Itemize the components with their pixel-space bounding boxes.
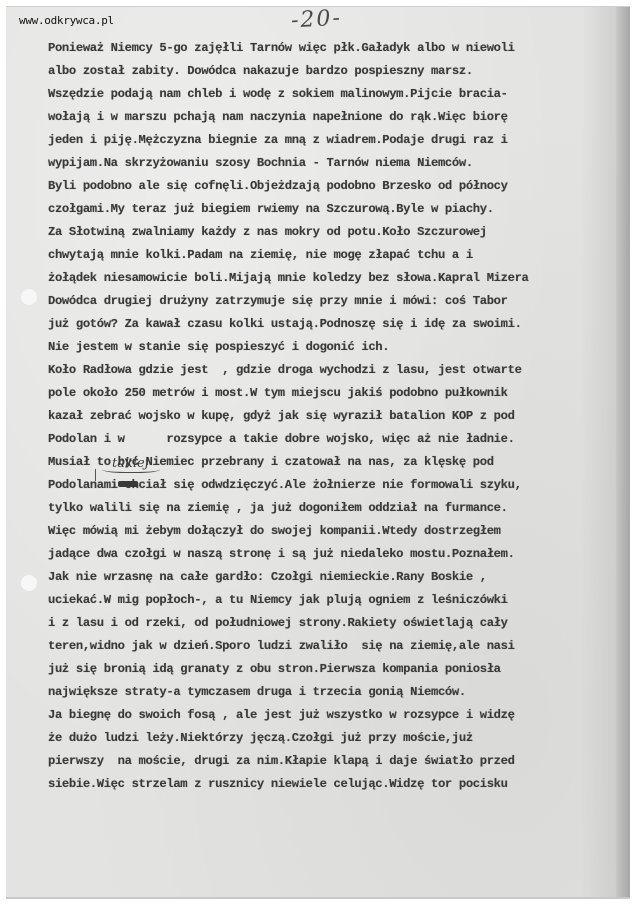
text-line: jadące dwa czołgi w naszą stronę i są ju… [48,543,608,566]
text-line: Byli podobno ale się cofnęli.Objeżdzają … [48,175,608,198]
text-line: już gotów? Za kawał czasu kolki ustają.P… [48,313,608,336]
site-watermark: www.odkrywca.pl [19,14,114,27]
insert-caret-line [102,464,160,473]
text-line: żołądek niesamowicie boli.Mijają mnie ko… [48,267,608,290]
text-line: teren,widno jak w dzień.Sporo ludzi zwal… [48,635,608,658]
text-line: i z lasu i od rzeki, od południowej stro… [48,612,608,635]
text-line: że dużo ludzi leży.Niektórzy jęczą.Czołg… [48,727,608,750]
page-number: -20- [290,6,342,34]
struck-out-word [118,481,138,487]
text-line: już się bronią idą granaty z obu stron.P… [48,658,608,681]
text-line: pole około 250 metrów i most.W tym miejs… [48,382,608,405]
text-line: chwytają mnie kolki.Padam na ziemię, nie… [48,244,608,267]
text-line: Więc mówią mi żebym dołączył do swojej k… [48,520,608,543]
text-line: Jak nie wrzasnę na całe gardło: Czołgi n… [48,566,608,589]
text-line: Wszędzie podają nam chleb i wodę z sokie… [48,83,608,106]
punch-hole-bottom [21,575,37,591]
text-line: jeden i piję.Mężczyzna biegnie za mną z … [48,129,608,152]
text-line: największe straty-a tymczasem druga i tr… [48,681,608,704]
text-line: kazał zebrać wojsko w kupę, gdyż jak się… [48,405,608,428]
text-line: siebie.Więc strzelam z rusznicy niewiele… [48,773,608,796]
text-line: uciekać.W mig popłoch-, a tu Niemcy jak … [48,589,608,612]
insert-caret [95,469,96,481]
text-line: Nie jestem w stanie się pospieszyć i dog… [48,336,608,359]
text-line: albo został zabity. Dowódca nakazuje bar… [48,60,608,83]
text-line: Podolan i w rozsypce a takie dobre wojsk… [48,428,608,451]
page-shadow-edge [616,7,630,897]
scanned-page: -20- Ponieważ Niemcy 5-go zajęłli Tarnów… [6,6,630,899]
text-line: wołają i w marszu pchają nam naczynia na… [48,106,608,129]
text-line: Dowódca drugiej drużyny zatrzymuje się p… [48,290,608,313]
text-line: Ja biegnę do swoich fosą , ale jest już … [48,704,608,727]
text-line: Za Słotwiną zwalniamy każdy z nas mokry … [48,221,608,244]
text-line: tylko walili się na ziemię , ja już dogo… [48,497,608,520]
text-line: Ponieważ Niemcy 5-go zajęłli Tarnów więc… [48,37,608,60]
punch-hole-top [21,289,37,305]
text-line: czołgami.My teraz już biegiem rwiemy na … [48,198,608,221]
text-line: pierwszy na moście, drugi za nim.Kłapie … [48,750,608,773]
text-line: Koło Radłowa gdzie jest , gdzie droga wy… [48,359,608,382]
typewritten-body: Ponieważ Niemcy 5-go zajęłli Tarnów więc… [48,37,608,796]
text-line: wypijam.Na skrzyżowaniu szosy Bochnia - … [48,152,608,175]
